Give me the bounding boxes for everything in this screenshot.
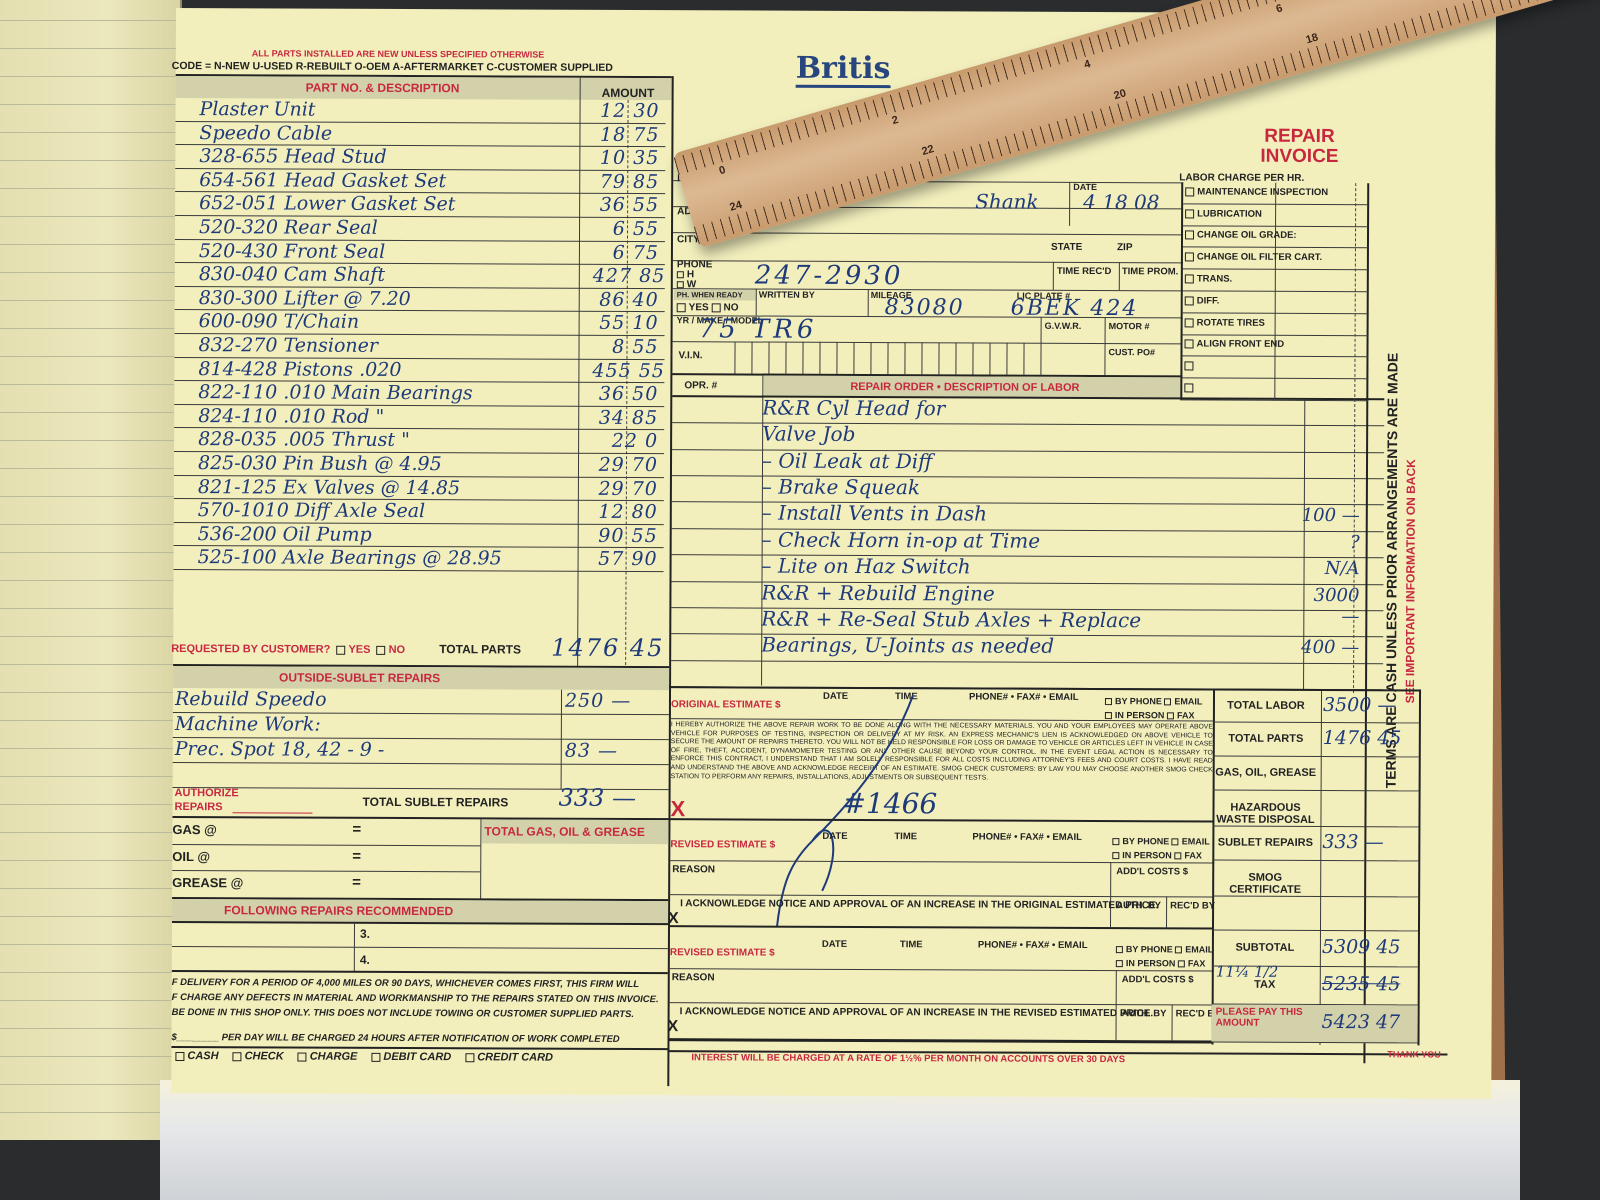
summary-row: SUBLET REPAIRS333 — (1212, 827, 1418, 862)
thank-you: THANK YOU (1387, 1049, 1440, 1059)
ruled-line (0, 832, 182, 833)
service-label: ALIGN FRONT END (1197, 339, 1285, 350)
previous-page-stack (0, 0, 182, 1140)
summary-label: GAS, OIL, GREASE (1213, 767, 1319, 779)
service-item: TRANS. (1183, 270, 1369, 293)
labor-row: Bearings, U-Joints as needed400 — (671, 634, 1383, 663)
ruled-line (0, 1056, 182, 1057)
ruled-line (0, 916, 182, 917)
service-checkbox[interactable] (1185, 253, 1194, 262)
ruled-line (0, 496, 182, 497)
parts-notice: ALL PARTS INSTALLED ARE NEW UNLESS SPECI… (252, 48, 545, 59)
payment-checkbox[interactable] (371, 1052, 380, 1061)
ruled-line (0, 804, 182, 805)
interest-notice: INTEREST WILL BE CHARGED AT A RATE OF 1½… (691, 1052, 1125, 1065)
ruled-line (0, 1084, 182, 1085)
ruled-line (0, 412, 182, 413)
ruled-line (0, 748, 182, 749)
summary-label: SUBTOTAL (1212, 942, 1318, 954)
ruled-line (0, 300, 182, 301)
labor-description: – Brake Squeak (762, 475, 920, 500)
company-name: Britis (796, 53, 891, 88)
payment-checkbox[interactable] (175, 1052, 184, 1061)
labor-description: – Check Horn in-op at Time (762, 527, 1041, 552)
payment-option-charge[interactable]: CHARGE (298, 1051, 358, 1063)
service-checkbox[interactable] (1185, 209, 1194, 218)
part-description: Speedo Cable (199, 122, 332, 145)
service-item (1182, 357, 1368, 380)
summary-row: HAZARDOUS WASTE DISPOSAL (1212, 791, 1418, 828)
summary-row (1212, 897, 1418, 932)
part-amount: 18 75 (593, 123, 659, 145)
service-item: LUBRICATION (1183, 204, 1369, 227)
ruled-line (0, 720, 182, 721)
service-label: CHANGE OIL GRADE: (1197, 230, 1297, 241)
labor-description: R&R + Rebuild Engine (761, 580, 994, 605)
ruled-line (0, 48, 182, 49)
service-item (1182, 379, 1368, 402)
parts-desc-header: PART NO. & DESCRIPTION (306, 81, 460, 96)
service-checkbox[interactable] (1185, 318, 1194, 327)
payment-option-cash[interactable]: CASH (175, 1050, 218, 1062)
ruled-line (0, 132, 182, 133)
payment-checkbox[interactable] (298, 1052, 307, 1061)
ruled-line (0, 664, 182, 665)
ruled-line (0, 776, 182, 777)
ruled-line (0, 272, 182, 273)
labor-description: Bearings, U-Joints as needed (761, 633, 1054, 658)
service-label: LUBRICATION (1197, 208, 1262, 219)
part-amount: 10 35 (593, 147, 659, 169)
labor-description: – Oil Leak at Diff (762, 448, 932, 473)
ruled-line (0, 1112, 182, 1113)
payment-option-debit-card[interactable]: DEBIT CARD (371, 1051, 451, 1063)
summary-label: TOTAL PARTS (1213, 733, 1319, 745)
parts-amount-header: AMOUNT (602, 86, 655, 100)
summary-row: TAX5235 4511¼ 1/2 (1212, 967, 1418, 1006)
service-label: MAINTENANCE INSPECTION (1197, 186, 1328, 198)
service-checkbox[interactable] (1185, 231, 1194, 240)
service-checkbox[interactable] (1184, 383, 1193, 392)
parts-row: Speedo Cable18 75 (175, 122, 665, 148)
labor-amount: N/A (1300, 558, 1360, 579)
ruled-line (0, 188, 182, 189)
labor-amount: ? (1300, 532, 1360, 553)
ruled-line (0, 1028, 182, 1029)
ruled-line (0, 944, 182, 945)
ruled-line (0, 440, 182, 441)
ruled-line (0, 636, 182, 637)
summary-row: TOTAL LABOR3500 — (1213, 691, 1419, 724)
payment-option-check[interactable]: CHECK (233, 1050, 284, 1062)
summary-value: 333 — (1322, 831, 1418, 853)
see-back-text: SEE IMPORTANT INFORMATION ON BACK (1403, 459, 1418, 703)
labor-description: – Lite on Haz Switch (762, 554, 971, 579)
summary-row: PLEASE PAY THIS AMOUNT5423 47 (1211, 1005, 1417, 1044)
service-label: CHANGE OIL FILTER CART. (1197, 252, 1322, 264)
payment-option-credit-card[interactable]: CREDIT CARD (465, 1051, 553, 1063)
part-amount: 12 30 (594, 100, 660, 122)
service-label: ROTATE TIRES (1197, 317, 1265, 328)
ruled-line (0, 552, 182, 553)
ruled-line (0, 328, 182, 329)
service-label: TRANS. (1197, 274, 1232, 285)
labor-description: R&R + Re-Seal Stub Axles + Replace (761, 606, 1141, 632)
ruled-line (0, 384, 182, 385)
service-checkbox[interactable] (1185, 340, 1194, 349)
ruled-line (0, 1000, 182, 1001)
service-item: MAINTENANCE INSPECTION (1183, 182, 1369, 205)
service-item: CHANGE OIL FILTER CART. (1183, 248, 1369, 271)
part-description: 328-655 Head Stud (199, 145, 386, 168)
labor-amount: 100 — (1300, 505, 1360, 526)
ruled-line (0, 468, 182, 469)
service-checkbox[interactable] (1185, 296, 1194, 305)
summary-table: TOTAL LABOR3500 —TOTAL PARTS1476 45GAS, … (172, 686, 1424, 1043)
summary-value: 5309 45 (1322, 936, 1418, 958)
ruled-line (0, 608, 182, 609)
payment-checkbox[interactable] (465, 1053, 474, 1062)
part-description: Plaster Unit (200, 98, 316, 121)
labor-description: – Install Vents in Dash (762, 501, 987, 526)
ruled-line (0, 860, 182, 861)
summary-row: SMOG CERTIFICATE (1212, 861, 1418, 898)
service-checkbox[interactable] (1185, 187, 1194, 196)
summary-value: 1476 45 (1323, 727, 1419, 749)
service-checkbox[interactable] (1185, 274, 1194, 283)
payment-checkbox[interactable] (233, 1052, 242, 1061)
parts-row: 328-655 Head Stud10 35 (175, 145, 665, 171)
code-legend: CODE = N-NEW U-USED R-REBUILT O-OEM A-AF… (172, 60, 613, 74)
labor-amount: 400 — (1299, 637, 1359, 658)
payment-methods: CASHCHECKCHARGEDEBIT CARDCREDIT CARD (175, 1050, 567, 1064)
summary-label: SMOG CERTIFICATE (1212, 872, 1318, 896)
ruled-line (0, 580, 182, 581)
labor-table: R&R Cyl Head forValve Job– Oil Leak at D… (173, 395, 1394, 690)
stacked-pages-edge (160, 1080, 1520, 1200)
summary-value: 5235 45 (1322, 973, 1418, 995)
ruled-line (0, 104, 182, 105)
invoice-title: REPAIR INVOICE (1260, 127, 1338, 167)
service-item: CHANGE OIL GRADE: (1183, 226, 1369, 249)
summary-row: GAS, OIL, GREASE (1213, 757, 1419, 792)
ruled-line (0, 244, 182, 245)
ruled-line (0, 20, 182, 21)
ruled-line (0, 76, 182, 77)
service-item: ROTATE TIRES (1183, 313, 1369, 336)
tax-rate-note: 11¼ 1/2 (1216, 963, 1279, 981)
service-item: ALIGN FRONT END (1182, 335, 1368, 358)
summary-label: PLEASE PAY THIS AMOUNT (1216, 1007, 1322, 1029)
summary-row: TOTAL PARTS1476 45 (1213, 723, 1419, 758)
labor-description: R&R Cyl Head for (762, 396, 945, 421)
ruled-line (0, 888, 182, 889)
parts-row: Plaster Unit12 30 (176, 98, 666, 124)
service-label: DIFF. (1197, 295, 1220, 306)
summary-value: 3500 — (1323, 694, 1419, 716)
ruled-line (0, 524, 182, 525)
labor-description: Valve Job (762, 422, 855, 446)
summary-label: TOTAL LABOR (1213, 700, 1319, 712)
ruled-line (0, 356, 182, 357)
ruled-line (0, 972, 182, 973)
summary-label: HAZARDOUS WASTE DISPOSAL (1212, 802, 1318, 826)
ruled-line (0, 160, 182, 161)
summary-value: 5423 47 (1322, 1011, 1418, 1033)
service-item: DIFF. (1183, 291, 1369, 314)
ruled-line (0, 692, 182, 693)
ruled-line (0, 216, 182, 217)
service-checkbox[interactable] (1184, 362, 1193, 371)
summary-label: SUBLET REPAIRS (1212, 837, 1318, 849)
